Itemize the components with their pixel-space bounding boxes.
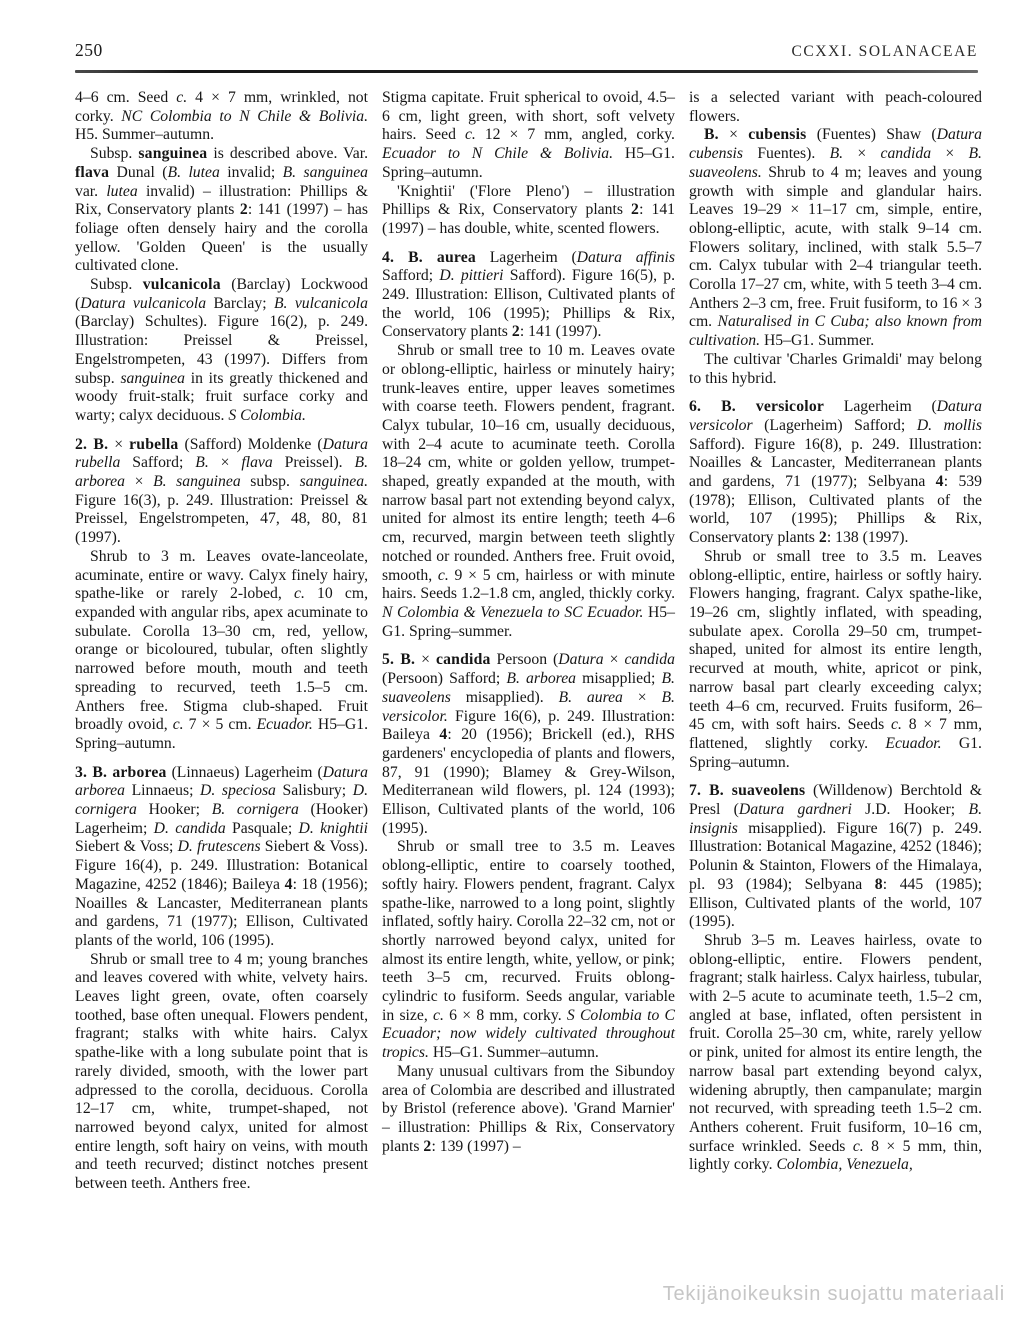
column-left: 4–6 cm. Seed c. 4 × 7 mm, wrinkled, not … — [75, 89, 368, 1194]
column-center: Stigma capitate. Fruit spherical to ovoi… — [382, 89, 675, 1194]
paragraph: Shrub to 3 m. Leaves ovate-lanceolate, a… — [75, 548, 368, 754]
paragraph: 5. B. × candida Persoon (Datura × candid… — [382, 651, 675, 838]
paragraph: 2. B. × rubella (Safford) Moldenke (Datu… — [75, 436, 368, 548]
paragraph: The cultivar 'Charles Grimaldi' may belo… — [689, 351, 982, 388]
paragraph: 'Knightii' ('Flore Pleno') – illustratio… — [382, 183, 675, 239]
paragraph: Shrub 3–5 m. Leaves hairless, ovate to o… — [689, 932, 982, 1175]
paragraph: Subsp. sanguinea is described above. Var… — [75, 145, 368, 276]
header-rule — [75, 70, 978, 73]
paragraph: 6. B. versicolor Lagerheim (Datura versi… — [689, 398, 982, 548]
text-columns: 4–6 cm. Seed c. 4 × 7 mm, wrinkled, not … — [75, 89, 982, 1194]
running-header: 250 CCXXI. SOLANACEAE — [75, 40, 978, 61]
book-page: 250 CCXXI. SOLANACEAE 4–6 cm. Seed c. 4 … — [0, 0, 1025, 1333]
paragraph: Shrub or small tree to 10 m. Leaves ovat… — [382, 342, 675, 641]
paragraph: 4. B. aurea Lagerheim (Datura affinis Sa… — [382, 249, 675, 343]
page-number: 250 — [75, 40, 103, 61]
paragraph: Shrub or small tree to 3.5 m. Leaves obl… — [689, 548, 982, 772]
copyright-watermark: Tekijänoikeuksin suojattu materiaali — [663, 1283, 1005, 1306]
paragraph: Shrub or small tree to 4 m; young branch… — [75, 951, 368, 1194]
column-right: is a selected variant with peach-coloure… — [689, 89, 982, 1194]
paragraph: Subsp. vulcanicola (Barclay) Lockwood (D… — [75, 276, 368, 426]
paragraph: Stigma capitate. Fruit spherical to ovoi… — [382, 89, 675, 183]
paragraph: Many unusual cultivars from the Sibundoy… — [382, 1063, 675, 1157]
paragraph: 3. B. arborea (Linnaeus) Lagerheim (Datu… — [75, 764, 368, 951]
paragraph: 4–6 cm. Seed c. 4 × 7 mm, wrinkled, not … — [75, 89, 368, 145]
paragraph: B. × cubensis (Fuentes) Shaw (Datura cub… — [689, 126, 982, 350]
running-head-title: CCXXI. SOLANACEAE — [791, 43, 978, 61]
paragraph: Shrub or small tree to 3.5 m. Leaves obl… — [382, 838, 675, 1062]
paragraph: 7. B. suaveolens (Willdenow) Berchtold &… — [689, 782, 982, 932]
paragraph: is a selected variant with peach-coloure… — [689, 89, 982, 126]
